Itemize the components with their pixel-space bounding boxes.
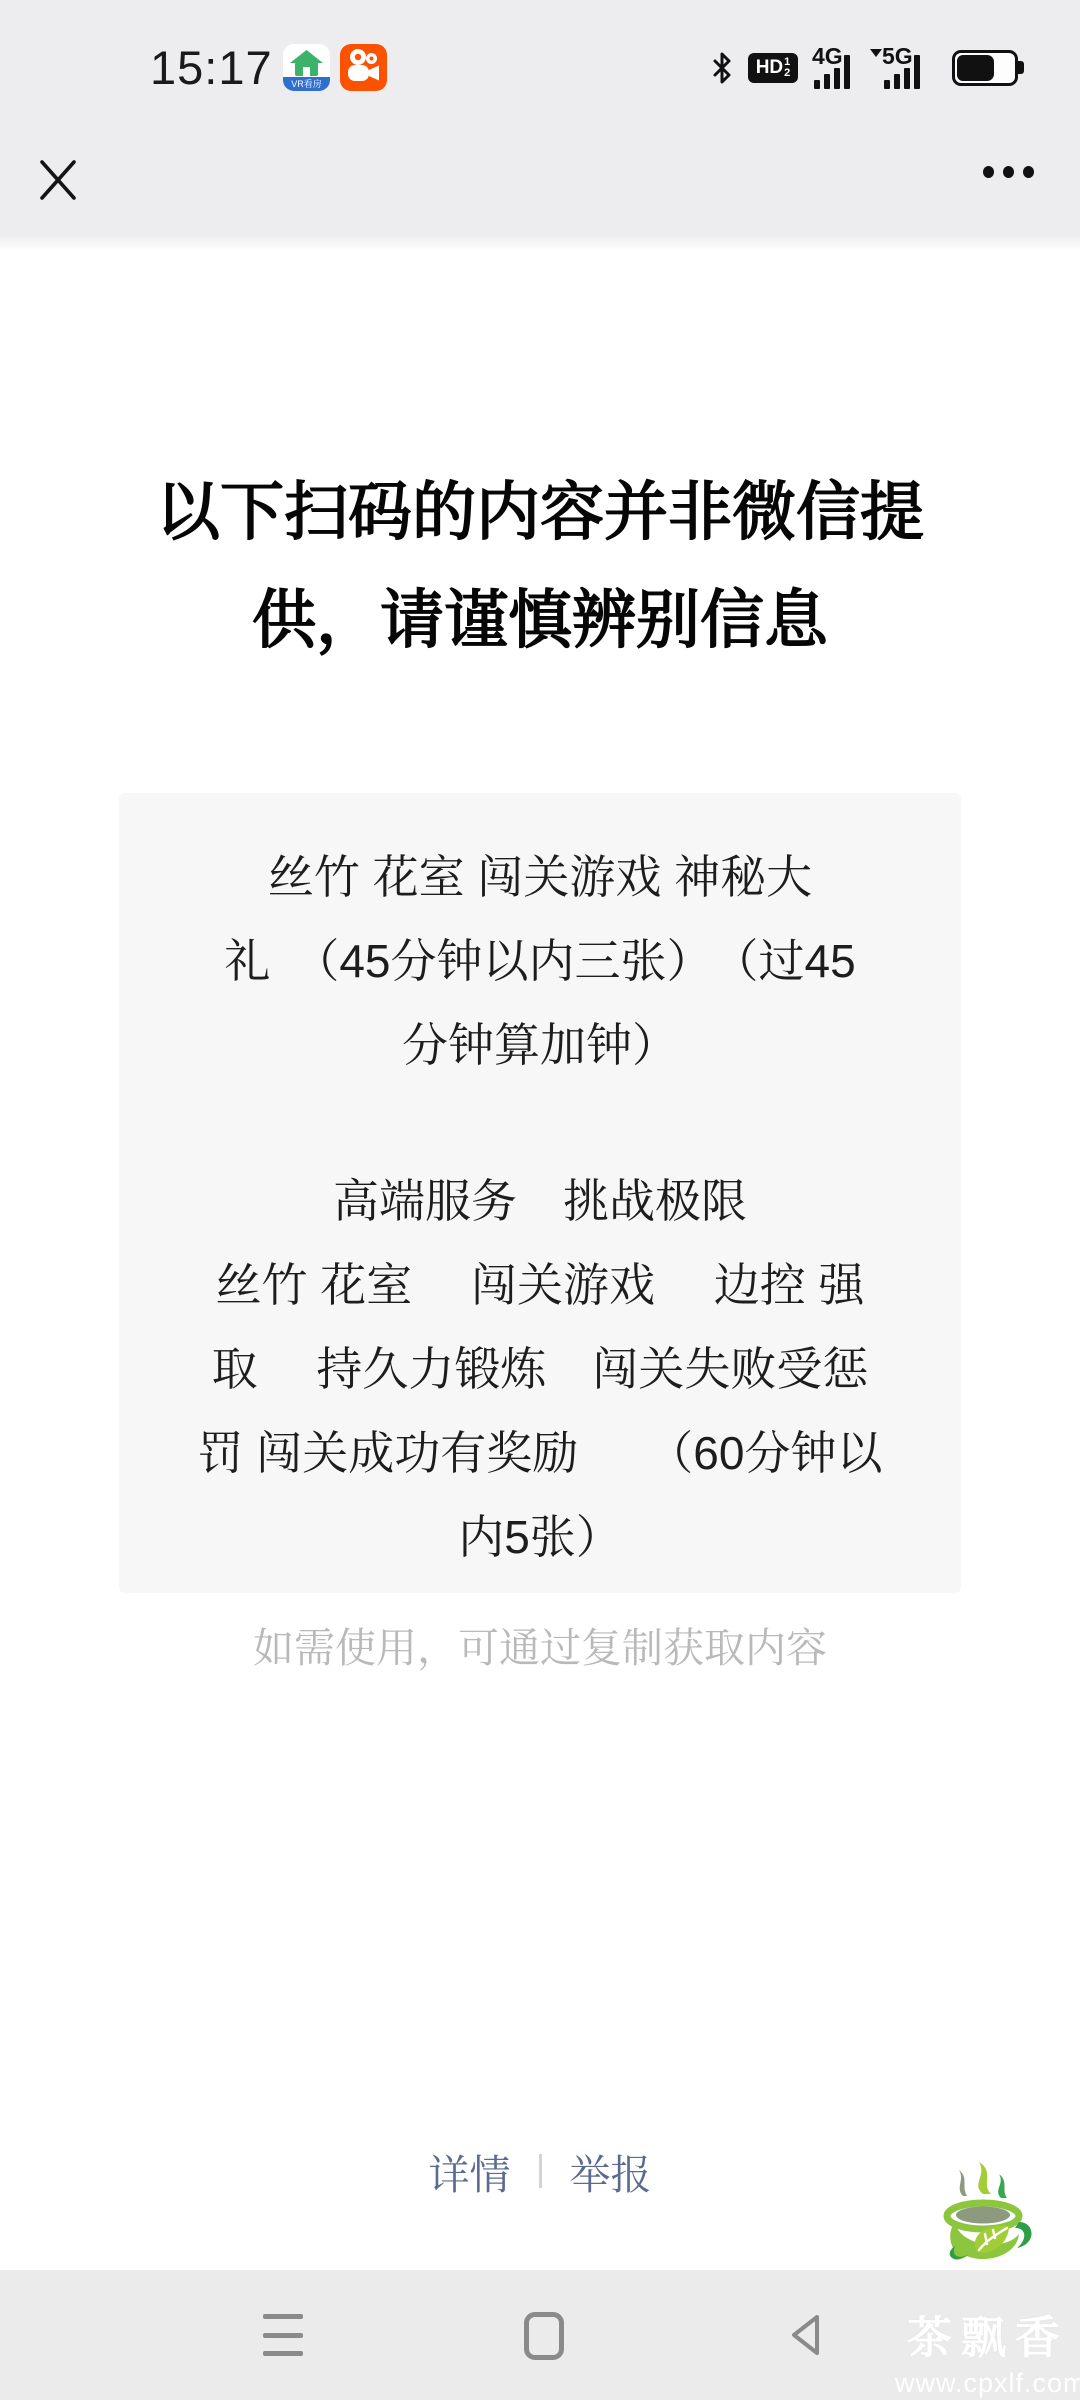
down-arrow-icon: [870, 49, 882, 57]
link-divider: [539, 2154, 542, 2188]
sim1-signal-icon: 4G: [812, 47, 868, 89]
header-fade: [0, 235, 1080, 251]
watermark: 茶飘香 www.cpxlf.com: [895, 2160, 1075, 2399]
detail-link[interactable]: 详情: [429, 2142, 511, 2201]
p2-line4: 罚 闯关成功有奖励 （60分钟以: [159, 1411, 921, 1495]
status-right-cluster: HD 1 2 4G 5G: [710, 36, 1018, 100]
wechat-scan-result-screen: 15:17 VR看房: [0, 0, 1080, 2400]
status-bar: 15:17 VR看房: [0, 36, 1080, 100]
video-camera-glyph: [340, 44, 387, 91]
battery-nub: [1018, 61, 1024, 74]
hd-sim2: 2: [784, 68, 790, 79]
notification-icons: VR看房: [283, 44, 387, 91]
bluetooth-icon: [710, 51, 734, 85]
p2-line3: 取 持久力锻炼 闯关失败受惩: [159, 1327, 921, 1411]
clock: 15:17: [150, 36, 273, 100]
close-icon: [30, 150, 86, 206]
scanned-paragraph-1: 丝竹 花室 闯关游戏 神秘大 礼 （45分钟以内三张） （过45 分钟算加钟）: [159, 835, 921, 1087]
p1-line3: 分钟算加钟）: [159, 1003, 921, 1087]
close-button[interactable]: [30, 150, 86, 206]
sim1-signal-bars: [814, 55, 850, 89]
recents-menu-icon: [263, 2314, 303, 2319]
battery-fill: [957, 55, 994, 81]
p2-line1: 高端服务 挑战极限: [159, 1159, 921, 1243]
tea-cup-logo: [925, 2160, 1045, 2294]
recents-menu-button[interactable]: [263, 2314, 303, 2356]
watermark-brand: 茶飘香: [901, 2301, 1075, 2366]
scanned-paragraph-2: 高端服务 挑战极限 丝竹 花室 闯关游戏 边控 强 取 持久力锻炼 闯关失败受惩…: [159, 1159, 921, 1579]
p1-line1: 丝竹 花室 闯关游戏 神秘大: [159, 835, 921, 919]
watermark-site: www.cpxlf.com: [895, 2368, 1075, 2399]
report-link[interactable]: 举报: [570, 2142, 652, 2201]
p1-line2: 礼 （45分钟以内三张） （过45: [159, 919, 921, 1003]
sim2-signal-icon: 5G: [882, 47, 938, 89]
home-button[interactable]: [524, 2312, 564, 2360]
warning-title-line1: 以下扫码的内容并非微信提: [0, 458, 1080, 566]
vr-banner-label: VR看房: [283, 77, 330, 91]
vr-house-app-icon: VR看房: [283, 44, 330, 91]
kuaishou-app-icon: [340, 44, 387, 91]
battery-icon: [952, 50, 1018, 86]
scan-warning-title: 以下扫码的内容并非微信提 供，请谨慎辨别信息: [0, 458, 1080, 674]
volte-hd-icon: HD 1 2: [748, 53, 798, 83]
p2-line2: 丝竹 花室 闯关游戏 边控 强: [159, 1243, 921, 1327]
webview-header: [0, 140, 1080, 235]
hd-sim-numbers: 1 2: [784, 57, 790, 79]
hd-label: HD: [756, 53, 783, 83]
scanned-text-box[interactable]: 丝竹 花室 闯关游戏 神秘大 礼 （45分钟以内三张） （过45 分钟算加钟） …: [119, 793, 961, 1593]
back-icon: [786, 2312, 826, 2358]
more-button[interactable]: [983, 166, 1034, 178]
back-button[interactable]: [786, 2312, 826, 2363]
warning-title-line2: 供，请谨慎辨别信息: [0, 566, 1080, 674]
more-icon: [983, 166, 994, 178]
copy-hint: 如需使用，可通过复制获取内容: [0, 1612, 1080, 1684]
p2-line5: 内5张）: [159, 1495, 921, 1579]
sim2-signal-bars: [884, 55, 920, 89]
